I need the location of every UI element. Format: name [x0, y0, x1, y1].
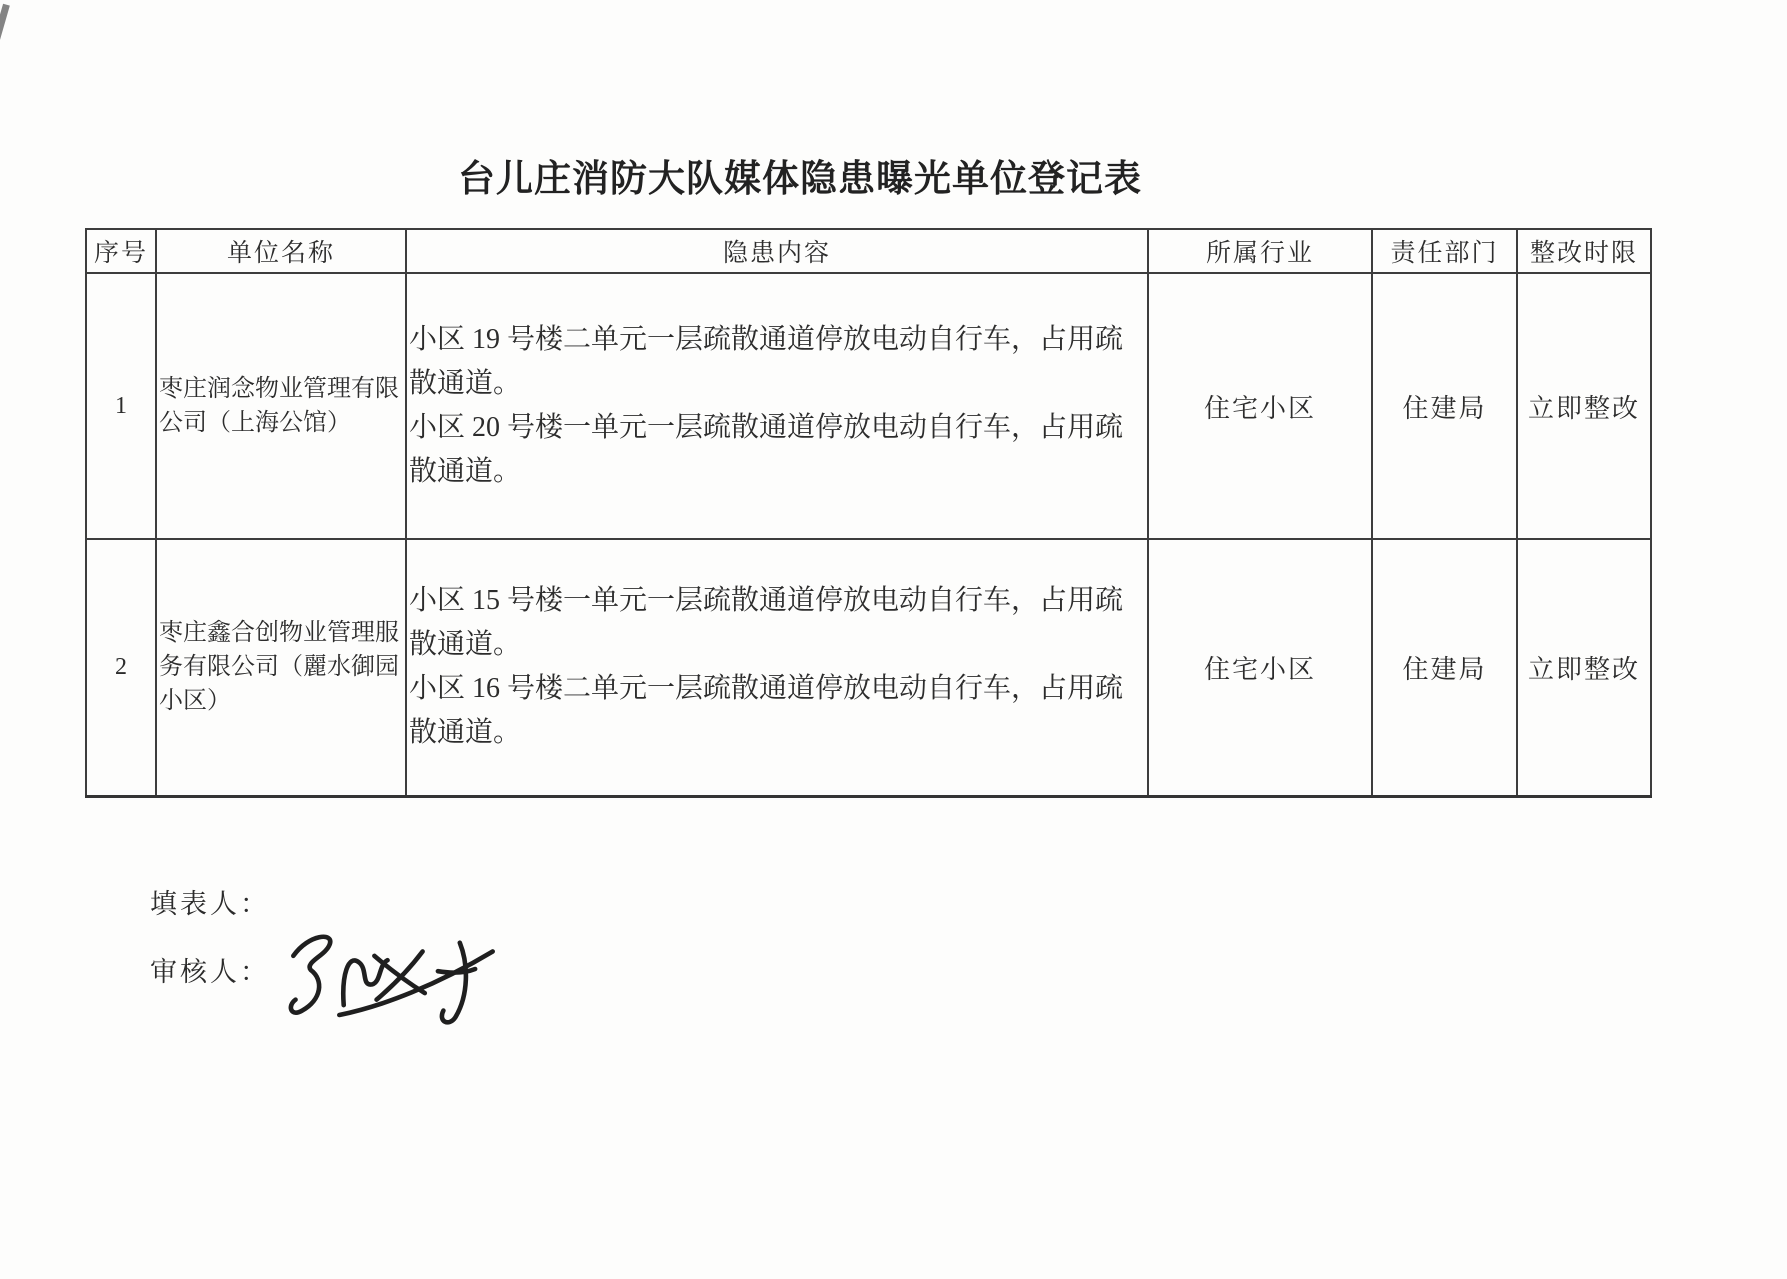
- col-header-department: 责任部门: [1372, 229, 1517, 273]
- hazard-paragraph: 小区 19 号楼二单元一层疏散通道停放电动自行车，占用疏散通道。: [409, 318, 1137, 406]
- registration-table: 序号 单位名称 隐患内容 所属行业 责任部门 整改时限 1 枣庄润念物业管理有限…: [85, 228, 1652, 798]
- cell-industry: 住宅小区: [1148, 539, 1372, 796]
- reviewer-label: 审核人：: [150, 950, 270, 989]
- col-header-unit-name: 单位名称: [156, 229, 406, 273]
- hazard-paragraph: 小区 16 号楼二单元一层疏散通道停放电动自行车，占用疏散通道。: [409, 667, 1137, 755]
- page-title: 台儿庄消防大队媒体隐患曝光单位登记表: [0, 148, 1600, 202]
- cell-deadline: 立即整改: [1517, 539, 1651, 796]
- cell-deadline: 立即整改: [1517, 273, 1651, 539]
- handwritten-signature-icon: [278, 918, 508, 1043]
- col-header-index: 序号: [86, 229, 156, 273]
- cell-index: 1: [86, 273, 156, 539]
- cell-department: 住建局: [1372, 273, 1517, 539]
- col-header-hazard-content: 隐患内容: [406, 229, 1148, 273]
- unit-name-text: 枣庄润念物业管理有限公司（上海公馆）: [159, 372, 401, 440]
- document-page: 台儿庄消防大队媒体隐患曝光单位登记表 序号 单位名称 隐患内容 所属行业 责任部…: [0, 0, 1787, 1279]
- scan-artifact-corner: [0, 4, 10, 41]
- cell-unit-name: 枣庄鑫合创物业管理服务有限公司（麗水御园小区）: [156, 539, 406, 796]
- form-filler-label: 填表人：: [150, 882, 270, 921]
- cell-industry: 住宅小区: [1148, 273, 1372, 539]
- table-header-row: 序号 单位名称 隐患内容 所属行业 责任部门 整改时限: [86, 229, 1651, 273]
- cell-hazard-content: 小区 15 号楼一单元一层疏散通道停放电动自行车，占用疏散通道。 小区 16 号…: [406, 539, 1148, 796]
- cell-index: 2: [86, 539, 156, 796]
- table-row: 1 枣庄润念物业管理有限公司（上海公馆） 小区 19 号楼二单元一层疏散通道停放…: [86, 273, 1651, 539]
- unit-name-text: 枣庄鑫合创物业管理服务有限公司（麗水御园小区）: [159, 616, 401, 718]
- hazard-paragraph: 小区 15 号楼一单元一层疏散通道停放电动自行车，占用疏散通道。: [409, 579, 1137, 667]
- table-row: 2 枣庄鑫合创物业管理服务有限公司（麗水御园小区） 小区 15 号楼一单元一层疏…: [86, 539, 1651, 796]
- cell-unit-name: 枣庄润念物业管理有限公司（上海公馆）: [156, 273, 406, 539]
- cell-department: 住建局: [1372, 539, 1517, 796]
- col-header-deadline: 整改时限: [1517, 229, 1651, 273]
- col-header-industry: 所属行业: [1148, 229, 1372, 273]
- hazard-paragraph: 小区 20 号楼一单元一层疏散通道停放电动自行车，占用疏散通道。: [409, 406, 1137, 494]
- cell-hazard-content: 小区 19 号楼二单元一层疏散通道停放电动自行车，占用疏散通道。 小区 20 号…: [406, 273, 1148, 539]
